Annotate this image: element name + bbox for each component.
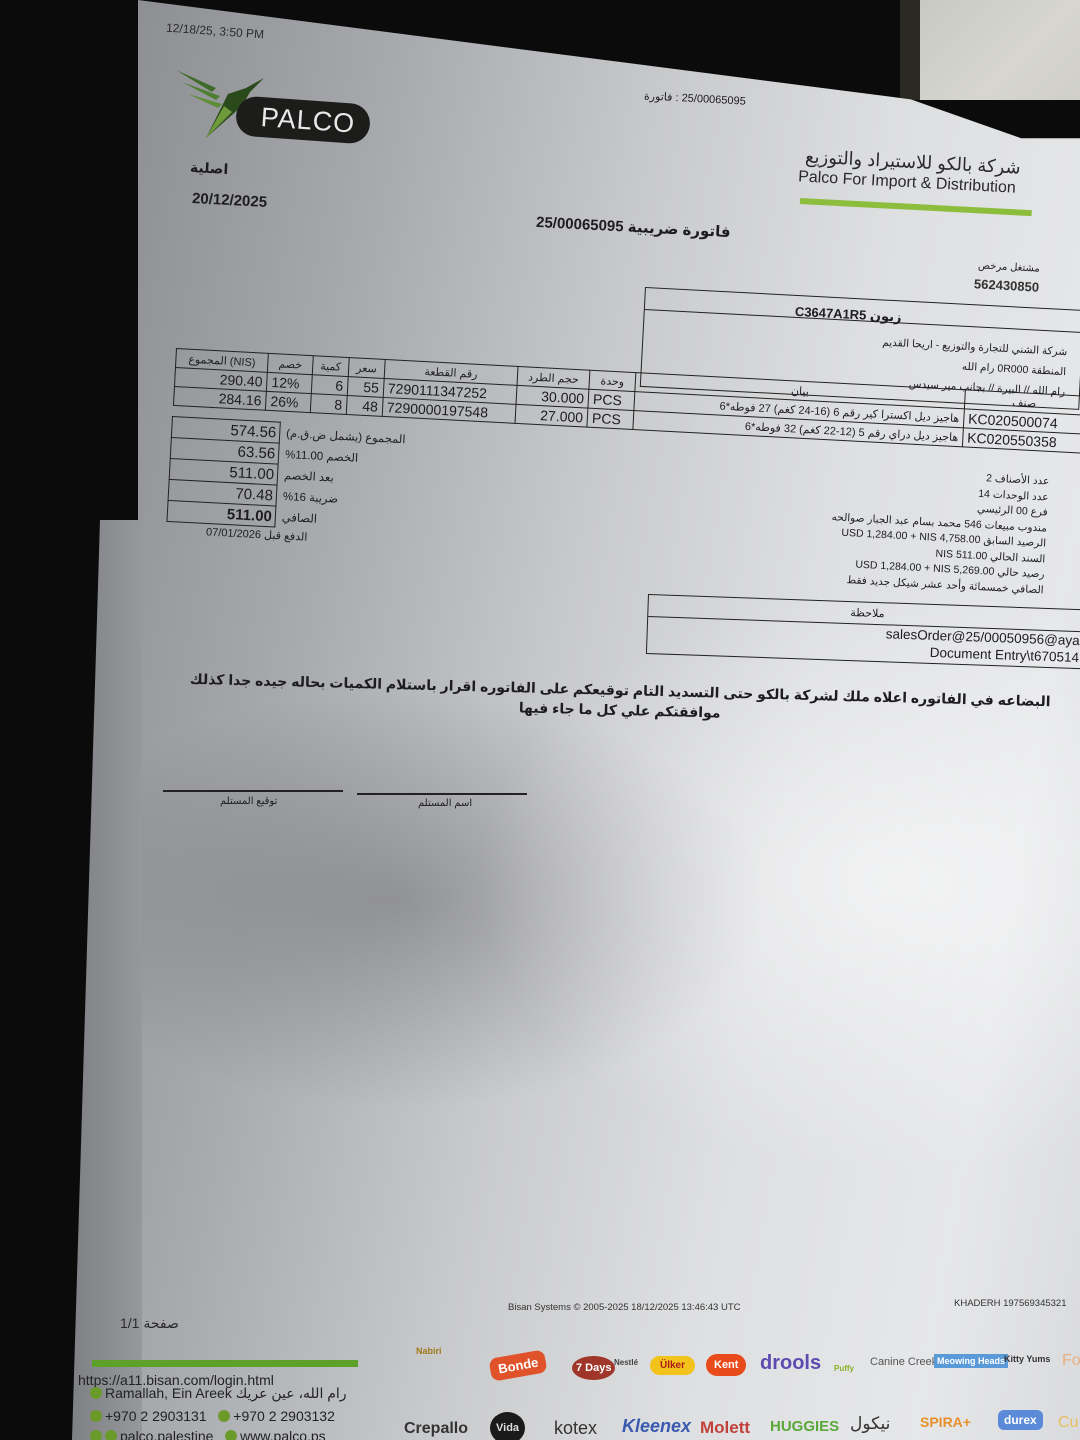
location-pin-icon <box>90 1387 102 1399</box>
brand-logo-kent: Kent <box>706 1354 746 1376</box>
receiver-name-label: اسم المستلم <box>418 798 472 809</box>
globe-icon <box>225 1430 237 1440</box>
footer-address: Ramallah, Ein Areek رام الله، عين عريك <box>90 1385 347 1402</box>
brand-logo-meowing-heads: Meowing Heads <box>934 1354 1008 1368</box>
brand-logo-vida: Vida <box>490 1412 525 1440</box>
footer-accent-bar <box>92 1360 358 1367</box>
brand-logo-partial-2: Cu <box>1058 1414 1078 1432</box>
receiver-signature-label: توقيع المستلم <box>220 796 277 807</box>
row-unit: PCS <box>587 408 634 429</box>
row-pack-size: 27.000 <box>515 404 588 427</box>
brand-logo-kotex: kotex <box>554 1418 597 1439</box>
brand-logo-canine-creek: Canine Creek <box>870 1356 937 1368</box>
row-discount: 26% <box>266 391 312 412</box>
website: www.palco.ps <box>240 1428 326 1440</box>
brand-logo-kleenex: Kleenex <box>622 1416 691 1437</box>
brand-logo-kitty-yums: Kitty Yums <box>1004 1354 1050 1364</box>
phone-number: +970 2 2903131 <box>105 1408 207 1424</box>
fax-number: +970 2 2903132 <box>233 1408 335 1424</box>
brand-logo-partial: Fo <box>1062 1352 1080 1370</box>
name-line <box>357 793 527 795</box>
due-label: الدفع قبل <box>264 529 308 543</box>
row-discount: 12% <box>266 372 312 393</box>
brand-logo-puffy: Puffy <box>834 1364 854 1373</box>
row-unit: PCS <box>588 389 635 410</box>
footer-phones: +970 2 2903131 +970 2 2903132 <box>90 1408 335 1424</box>
account-summary: عدد الأصناف 2 عدد الوحدات 14 فرع 00 الرئ… <box>784 462 1050 599</box>
col-discount: خصم <box>267 353 313 374</box>
social-handle: palco.palestine <box>120 1428 213 1440</box>
customer-name: شركة الشني للتجارة والتوزيع - اريحا القد… <box>882 337 1067 359</box>
facebook-icon <box>90 1430 102 1440</box>
system-stamp: Bisan Systems © 2005-2025 18/12/2025 13:… <box>508 1302 741 1313</box>
instagram-icon <box>105 1430 117 1440</box>
brand-logo-spira: SPIRA+ <box>920 1414 971 1430</box>
customer-region: المنطقة 0R000 رام الله <box>962 361 1067 378</box>
row-price: 48 <box>346 396 383 417</box>
signature-line <box>163 790 343 792</box>
col-qty: كمية <box>312 356 349 377</box>
fax-icon <box>218 1410 230 1422</box>
row-total: 284.16 <box>173 386 266 410</box>
brand-logo-nestle: Nestlé <box>614 1358 638 1367</box>
brand-logo-huggies: HUGGIES <box>770 1418 839 1435</box>
brand-logo-nikol: نيكول <box>850 1414 890 1434</box>
brand-logo-nabiri: Nabiri <box>416 1346 442 1356</box>
phone-icon <box>90 1410 102 1422</box>
row-price: 55 <box>347 377 384 398</box>
brand-logo-durex: durex <box>998 1410 1043 1430</box>
copy-label: اصلية <box>190 159 229 178</box>
row-qty: 6 <box>311 375 348 396</box>
footer-web: palco.palestine www.palco.ps <box>90 1428 326 1440</box>
col-unit: وحدة <box>589 370 636 391</box>
background-surface <box>920 0 1080 100</box>
brand-logo-drools: drools <box>760 1352 821 1375</box>
totals-table: 574.56 المجموع (يشمل ض.ق.م) 63.56 الخصم … <box>166 416 501 539</box>
paper-shadow-edge <box>72 520 142 1440</box>
col-price: سعر <box>348 358 385 379</box>
brand-logo-crepallo: Crepallo <box>404 1420 468 1438</box>
page-number: صفحة 1/1 <box>120 1315 179 1332</box>
user-stamp: KHADERH 197569345321 <box>954 1298 1067 1309</box>
brand-logo-ulker: Ülker <box>650 1356 695 1375</box>
palco-logo: PALCO <box>176 66 376 146</box>
row-qty: 8 <box>310 394 347 415</box>
address-text: Ramallah, Ein Areek رام الله، عين عريك <box>105 1385 347 1401</box>
brand-logo-molett: Molett <box>700 1418 750 1438</box>
